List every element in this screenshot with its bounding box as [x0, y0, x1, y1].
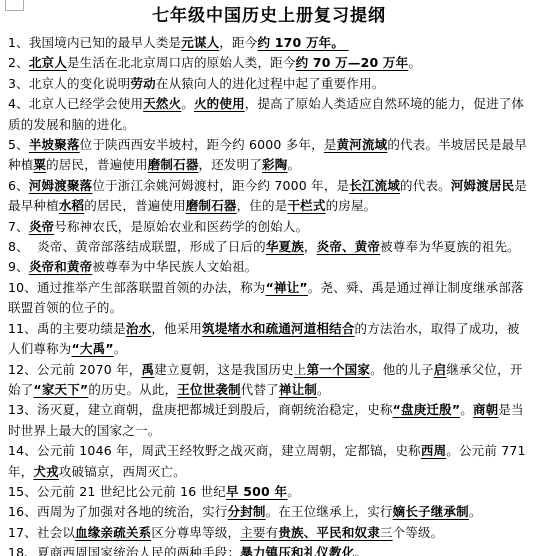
key-term: 王位世袭制 [177, 382, 241, 397]
text-run: 代替了 [241, 382, 279, 397]
text-run: 建立夏朝，这是我国历史 [154, 362, 294, 377]
key-term: 犬戎 [33, 464, 58, 479]
text-run: 10、通过推举产生部落联盟首领的办法，称为 [8, 280, 266, 295]
text-run: 在从猿向人的进化过程中起了重要作用。 [156, 76, 385, 91]
text-run: 被尊奉为华夏族的祖先。 [380, 239, 520, 254]
outline-item: 18、夏商西周国家统治人民的两种手段：暴力镇压和礼仪教化。 [8, 543, 530, 556]
text-run: 1、我国境内已知的最早人类是 [8, 35, 181, 50]
key-term: 干栏式 [287, 198, 325, 213]
text-run: 16、西周为了加强对各地的统治，实行 [8, 504, 228, 519]
key-term: 火的使用 [194, 96, 245, 111]
outline-item: 14、公元前 1046 年，周武王经牧野之战灭商，建立周朝，定都镐，史称西周。公… [8, 441, 530, 482]
text-run: 。 [408, 55, 421, 70]
key-term: 商朝 [473, 402, 498, 417]
text-run: 13、汤灭夏，建立商朝，盘庚把都城迁到殷后，商朝统治稳定，史称 [8, 402, 393, 417]
key-term: 嫡长子继承制 [393, 504, 469, 519]
key-term: 第一个国家 [307, 362, 371, 377]
key-term: 炎帝和黄帝 [29, 259, 93, 274]
text-run: 4、北京人已经学会使用 [8, 96, 143, 111]
text-run: 的居民，普遍使用 [84, 198, 186, 213]
text-run: 9、 [8, 259, 29, 274]
text-run: 5、 [8, 137, 29, 152]
key-term: “大禹” [72, 341, 114, 356]
key-term: 炎帝 [29, 219, 54, 234]
text-run: 6、 [8, 178, 29, 193]
text-run: 的居民，普遍使用 [46, 157, 148, 172]
text-run: 14、公元前 1046 年，周武王经牧野之战灭商，建立周朝，定都镐，史称 [8, 443, 421, 458]
text-run: 12、公元前 2070 年， [8, 362, 141, 377]
text-run: 位于浙江余姚河姆渡村，距今约 7000 年，是 [92, 178, 349, 193]
key-term: 治水 [126, 321, 151, 336]
text-run: 18、夏商西周国家统治人民的两种手段： [8, 545, 240, 556]
text-run: ，还发明了 [199, 157, 263, 172]
text-run: 7、 [8, 219, 29, 234]
text-run: 15、公元前 21 世纪比公元前 16 世纪 [8, 484, 226, 499]
text-run: 被尊奉为中华民族人文始祖。 [92, 259, 257, 274]
text-run: 。 [355, 545, 368, 556]
key-term: 水稻 [59, 198, 84, 213]
key-term: 河姆渡居民 [451, 178, 515, 193]
key-term: “盘庚迁殷” [393, 402, 461, 417]
key-term: 天然火 [143, 96, 181, 111]
key-term: 北京人 [29, 55, 67, 70]
text-run: 位于陕西西安半坡村，距今约 6000 多年， [80, 137, 324, 152]
key-term: 禹 [141, 362, 154, 377]
outline-item: 5、半坡聚落位于陕西西安半坡村，距今约 6000 多年，是黄河流域的代表。半坡居… [8, 135, 530, 176]
key-term: 启 [434, 362, 447, 377]
text-run: ，住的是 [237, 198, 288, 213]
key-term: 粟 [33, 157, 46, 172]
key-term: 炎帝、黄帝 [317, 239, 381, 254]
outline-item: 6、河姆渡聚落位于浙江余姚河姆渡村，距今约 7000 年，是长江流域的代表。河姆… [8, 176, 530, 217]
key-term: 是 [324, 137, 337, 152]
text-run: 。 [114, 341, 127, 356]
text-run: 号称神农氏，是原始农业和医药学的创始人。 [54, 219, 308, 234]
text-run: ，距今 [219, 35, 257, 50]
outline-item: 4、北京人已经学会使用天然火。火的使用，提高了原始人类适应自然环境的能力，促进了… [8, 94, 530, 135]
text-run: 8、 炎帝、黄帝部落结成联盟，形成了日后的 [8, 239, 266, 254]
key-term: 劳动 [130, 76, 155, 91]
key-term: 上 [294, 362, 307, 377]
outline-item: 10、通过推举产生部落联盟首领的办法，称为“禅让”。尧、舜、禹是通过禅让制度继承… [8, 278, 530, 319]
page-margin-marker [5, 0, 24, 11]
key-term: 元谋人 [181, 35, 219, 50]
outline-item: 1、我国境内已知的最早人类是元谋人，距今约 170 万年。 [8, 33, 530, 53]
key-term: 西周 [421, 443, 446, 458]
key-term: 长江流域 [349, 178, 400, 193]
key-term: 半坡聚落 [29, 137, 80, 152]
text-run: 。 [469, 504, 482, 519]
document-title: 七年级中国历史上册复习提纲 [8, 5, 530, 28]
key-term: 贵族、平民和奴隶 [278, 525, 380, 540]
text-run: 。 [317, 382, 330, 397]
key-term: 河姆渡聚落 [29, 178, 93, 193]
key-term: 暴力镇压和礼仪教化 [240, 545, 354, 556]
outline-list: 1、我国境内已知的最早人类是元谋人，距今约 170 万年。 2、北京人是生活在北… [8, 33, 530, 556]
outline-item: 16、西周为了加强对各地的统治，实行分封制。在王位继承上，实行嫡长子继承制。 [8, 502, 530, 522]
text-run: 2、 [8, 55, 29, 70]
key-term: 约 70 万—20 万年 [296, 55, 409, 70]
key-term: 早 500 年 [226, 484, 287, 499]
key-term: 血缘亲疏关系 [75, 525, 151, 540]
text-run: 的房屋。 [326, 198, 377, 213]
key-term: 三 [380, 525, 393, 540]
key-term: 磨制石器 [148, 157, 199, 172]
outline-item: 2、北京人是生活在北北京周口店的原始人类，距今约 70 万—20 万年。 [8, 53, 530, 73]
text-run: 是生活在北北京周口店的原始人类，距今 [67, 55, 296, 70]
text-run: 个等级。 [393, 525, 444, 540]
text-run: 。他的儿子 [370, 362, 434, 377]
key-term: 主要有 [240, 525, 278, 540]
outline-item: 13、汤灭夏，建立商朝，盘庚把都城迁到殷后，商朝统治稳定，史称“盘庚迁殷”。商朝… [8, 400, 530, 441]
text-run: 11、禹的主要功绩是 [8, 321, 126, 336]
outline-item: 7、炎帝号称神农氏，是原始农业和医药学的创始人。 [8, 217, 530, 237]
key-term: 磨制石器 [186, 198, 237, 213]
outline-item: 11、禹的主要功绩是治水，他采用筑堤堵水和疏通河道相结合的方法治水，取得了成功，… [8, 319, 530, 360]
key-term: 筑堤堵水和疏通河道相结合 [202, 321, 354, 336]
outline-item: 15、公元前 21 世纪比公元前 16 世纪早 500 年。 [8, 482, 530, 502]
outline-item: 8、 炎帝、黄帝部落结成联盟，形成了日后的华夏族，炎帝、黄帝被尊奉为华夏族的祖先… [8, 237, 530, 257]
key-term: “禅让” [266, 280, 308, 295]
outline-item: 3、北京人的变化说明劳动在从猿向人的进化过程中起了重要作用。 [8, 74, 530, 94]
text-run: ， [304, 239, 317, 254]
text-run: 的代表。 [400, 178, 451, 193]
text-run: 。 [287, 484, 300, 499]
text-run: ，他采用 [151, 321, 202, 336]
text-run: 3、北京人的变化说明 [8, 76, 130, 91]
text-run: 17、社会以 [8, 525, 75, 540]
outline-item: 12、公元前 2070 年，禹建立夏朝，这是我国历史上第一个国家。他的儿子启继承… [8, 360, 530, 401]
text-run: 。 [287, 157, 300, 172]
key-term: 黄河流域 [337, 137, 388, 152]
key-term: 彩陶 [262, 157, 287, 172]
key-term: “家天下” [33, 382, 88, 397]
text-run: 区分尊卑等级， [151, 525, 240, 540]
text-run: 。 [460, 402, 473, 417]
key-term: 华夏族 [266, 239, 304, 254]
document-page: 七年级中国历史上册复习提纲 1、我国境内已知的最早人类是元谋人，距今约 170 … [0, 0, 537, 556]
key-term: 分封制 [228, 504, 266, 519]
outline-item: 17、社会以血缘亲疏关系区分尊卑等级，主要有贵族、平民和奴隶三个等级。 [8, 523, 530, 543]
text-run: 的历史。从此， [88, 382, 177, 397]
outline-item: 9、炎帝和黄帝被尊奉为中华民族人文始祖。 [8, 257, 530, 277]
key-term: 约 170 万年。 [257, 35, 348, 50]
text-run: 。 [181, 96, 194, 111]
text-run: 。在王位继承上，实行 [266, 504, 393, 519]
text-run: 攻破镐京，西周灭亡。 [59, 464, 186, 479]
key-term: 禅让制 [279, 382, 317, 397]
